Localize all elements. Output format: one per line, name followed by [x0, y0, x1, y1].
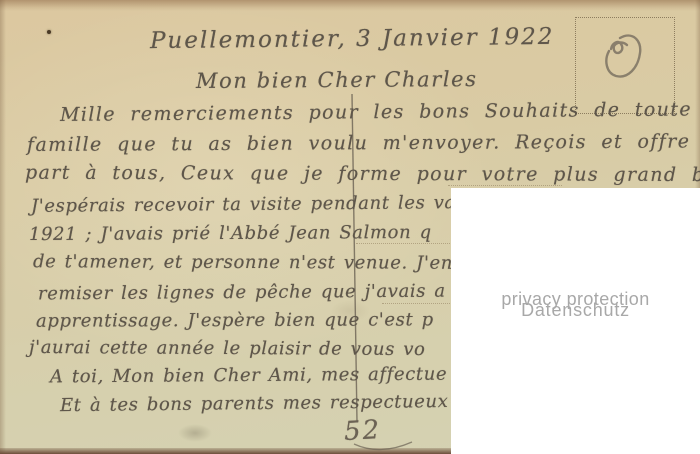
scan-edge-top	[0, 0, 700, 11]
handwritten-body-line: j'aurai cette année le plaisir de vous v…	[29, 337, 426, 360]
ink-speck	[47, 30, 51, 34]
handwritten-body-line: apprentissage. J'espère bien que c'est p	[36, 309, 434, 331]
paper-stain	[178, 424, 212, 442]
postcard-scan: Puellemontier, 3 Janvier 1922 Mon bien C…	[0, 0, 700, 454]
handwritten-body-line: Et à tes bons parents mes respectueux s	[60, 391, 467, 416]
handwritten-body-line: remiser les lignes de pêche que j'avais …	[38, 281, 446, 305]
handwritten-body-line: J'espérais recevoir ta visite pendant le…	[31, 192, 456, 217]
privacy-overlay: privacy protection Datenschutz	[451, 188, 700, 454]
handwritten-body-line: Mille remerciements pour les bons Souhai…	[60, 98, 700, 126]
scan-edge-left	[0, 0, 6, 454]
privacy-overlay-text: privacy protection Datenschutz	[451, 290, 700, 319]
handwritten-body-line: 1921 ; J'avais prié l'Abbé Jean Salmon q	[29, 222, 432, 245]
handwritten-body-line: famille que tu as bien voulu m'envoyer. …	[27, 130, 700, 156]
handwritten-body-line: part à tous, Ceux que je forme pour votr…	[25, 162, 700, 187]
handwritten-salutation: Mon bien Cher Charles	[196, 67, 478, 93]
handwritten-body-line: A toi, Mon bien Cher Ami, mes affectue	[50, 364, 447, 388]
handwritten-body-line: de t'amener, et personne n'est venue. J'…	[33, 251, 453, 273]
handwritten-dateline: Puellemontier, 3 Janvier 1922	[150, 24, 555, 54]
privacy-overlay-line-de: Datenschutz	[451, 301, 700, 319]
handwritten-page-number: 52	[343, 415, 382, 447]
